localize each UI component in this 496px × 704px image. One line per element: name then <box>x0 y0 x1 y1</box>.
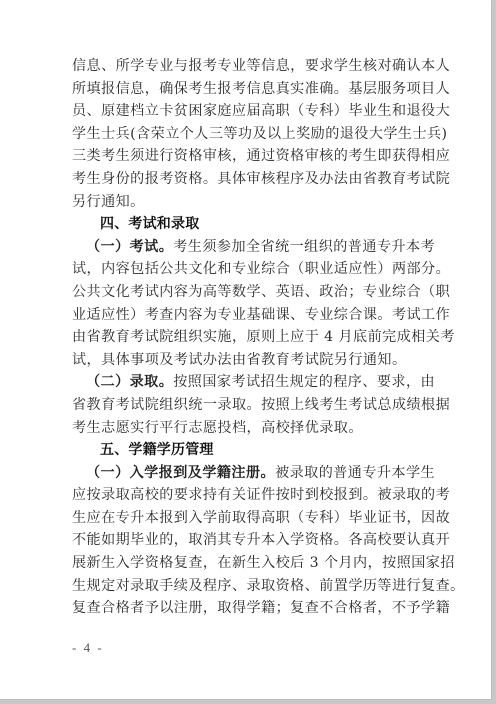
text-line: 所填报信息，确保考生报考信息真实准确。基层服务项目人 <box>72 78 420 101</box>
text-line: 另行通知。 <box>72 191 420 214</box>
text-line: 生应在专升本报到入学前取得高职（专科）毕业证书，因故 <box>72 507 420 530</box>
text-line: 考生志愿实行平行志愿投档，高校择优录取。 <box>72 417 420 440</box>
text-line: （一）考试。考生须参加全省统一组织的普通专升本考 <box>72 236 420 259</box>
paragraph-lead: （一）考试。 <box>86 239 173 255</box>
paragraph-enrollment-registration: （一）入学报到及学籍注册。被录取的普通专升本学生 应按录取高校的要求持有关证件按… <box>72 462 420 620</box>
text-line: 试，具体事项及考试办法由省教育考试院另行通知。 <box>72 349 420 372</box>
paragraph-exam: （一）考试。考生须参加全省统一组织的普通专升本考 试，内容包括公共文化和专业综合… <box>72 236 420 372</box>
document-page: 信息、所学专业与报考专业等信息，要求学生核对确认本人 所填报信息，确保考生报考信… <box>0 0 491 699</box>
text-line: 应按录取高校的要求持有关证件按时到校报到。被录取的考 <box>72 484 420 507</box>
paragraph-lead: （一）入学报到及学籍注册。 <box>86 465 275 481</box>
section-heading-student-status: 五、学籍学历管理 <box>72 439 420 462</box>
text-line: 业适应性）考查内容为专业基础课、专业综合课。考试工作 <box>72 304 420 327</box>
section-heading-exam-admission: 四、考试和录取 <box>72 213 420 236</box>
page-body: 信息、所学专业与报考专业等信息，要求学生核对确认本人 所填报信息，确保考生报考信… <box>72 55 420 620</box>
text-run: 考生须参加全省统一组织的普通专升本考 <box>173 239 435 255</box>
text-line: 公共文化考试内容为高等数学、英语、政治；专业综合（职 <box>72 281 420 304</box>
text-run: 被录取的普通专升本学生 <box>275 465 435 481</box>
paragraph-lead: （二）录取。 <box>86 374 173 390</box>
text-line: 展新生入学资格复查，在新生入校后 3 个月内，按照国家招 <box>72 552 420 575</box>
text-line: 三类考生须进行资格审核，通过资格审核的考生即获得相应 <box>72 145 420 168</box>
text-line: 不能如期毕业的，取消其专升本入学资格。各高校要认真开 <box>72 529 420 552</box>
text-line: 信息、所学专业与报考专业等信息，要求学生核对确认本人 <box>72 55 420 78</box>
text-line: 复查合格者予以注册，取得学籍；复查不合格者，不予学籍 <box>72 597 420 620</box>
text-line: 学生士兵(含荣立个人三等功及以上奖励的退役大学生士兵) <box>72 123 420 146</box>
text-line: 考生身份的报考资格。具体审核程序及办法由省教育考试院 <box>72 168 420 191</box>
paragraph-admission: （二）录取。按照国家考试招生规定的程序、要求，由 省教育考试院组织统一录取。按照… <box>72 371 420 439</box>
text-line: 生规定对录取手续及程序、录取资格、前置学历等进行复查。 <box>72 575 420 598</box>
text-line: 由省教育考试院组织实施，原则上应于 4 月底前完成相关考 <box>72 326 420 349</box>
text-line: 员、原建档立卡贫困家庭应届高职（专科）毕业生和退役大 <box>72 100 420 123</box>
text-line: 省教育考试院组织统一录取。按照上线考生考试总成绩根据 <box>72 394 420 417</box>
paragraph-continuation: 信息、所学专业与报考专业等信息，要求学生核对确认本人 所填报信息，确保考生报考信… <box>72 55 420 213</box>
text-line: （一）入学报到及学籍注册。被录取的普通专升本学生 <box>72 462 420 485</box>
page-number: - 4 - <box>72 640 104 656</box>
text-line: （二）录取。按照国家考试招生规定的程序、要求，由 <box>72 371 420 394</box>
text-line: 试，内容包括公共文化和专业综合（职业适应性）两部分。 <box>72 258 420 281</box>
text-run: 按照国家考试招生规定的程序、要求，由 <box>173 374 435 390</box>
